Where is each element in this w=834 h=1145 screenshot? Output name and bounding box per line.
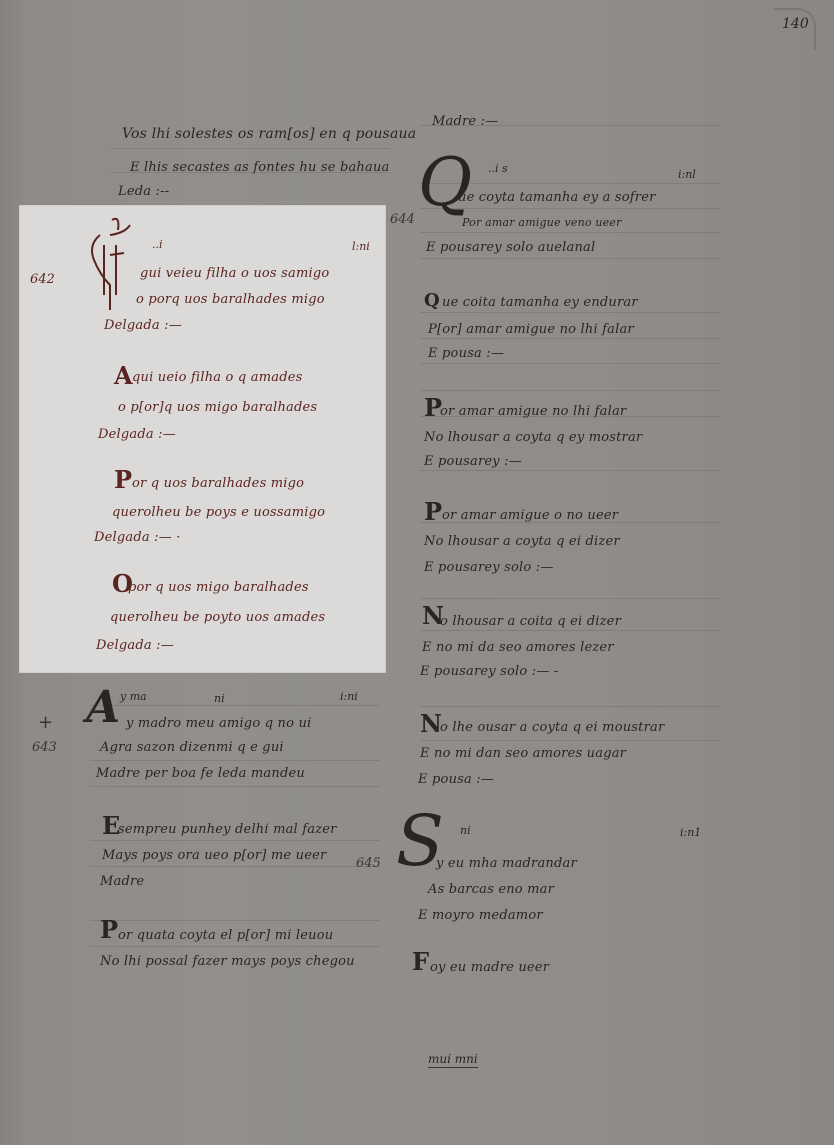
ruling-line xyxy=(420,598,720,599)
refrain-line: Madre :— xyxy=(432,114,498,129)
verse-line: Agra sazon dizenmi q e gui xyxy=(100,740,284,755)
verse-line: querolheu be poyto uos amades xyxy=(110,610,325,625)
ruling-line xyxy=(420,363,720,364)
music-notation: ni xyxy=(214,692,225,705)
refrain-line: Delgada :— xyxy=(96,638,174,653)
verse-line: y madro meu amigo q no ui xyxy=(126,716,311,731)
verse-line: ue coita tamanha ey endurar xyxy=(442,295,638,310)
verse-line: E moyro medamor xyxy=(418,908,543,923)
verse-line: No lhousar a coyta q ey mostrar xyxy=(424,430,642,445)
ruling-line xyxy=(420,706,720,707)
decorated-initial: Q xyxy=(418,150,472,216)
verse-line: E no mi da seo amores lezer xyxy=(422,640,614,655)
verse-line: or q uos baralhades migo xyxy=(132,476,304,491)
ruling-line xyxy=(90,760,380,761)
ruling-line xyxy=(110,148,390,149)
stanza-initial: Q xyxy=(424,292,440,310)
verse-line: Por amar amigue veno ueer xyxy=(462,216,622,229)
ruling-line xyxy=(420,390,720,391)
music-notation: ni xyxy=(460,824,471,837)
manuscript-page: 140 Vos lhi solestes os ram[os] en q pou… xyxy=(0,0,834,1145)
ruling-line xyxy=(90,840,380,841)
stanza-initial: P xyxy=(424,500,442,524)
verse-line: qui ueio filha o q amades xyxy=(132,370,302,385)
verse-line: P[or] amar amigue no lhi falar xyxy=(428,322,634,337)
verse-line: o lhousar a coita q ei dizer xyxy=(440,614,621,629)
refrain-line: E pousarey :— xyxy=(424,454,522,469)
ruling-line xyxy=(420,740,720,741)
verse-line: sempreu punhey delhi mal fazer xyxy=(118,822,337,837)
verse-line: ue coyta tamanha ey a sofrer xyxy=(458,190,656,205)
ruling-line xyxy=(90,920,380,921)
verse-line: o lhe ousar a coyta q ei moustrar xyxy=(440,720,664,735)
stanza-initial: N xyxy=(420,712,442,736)
poem-number: 642 xyxy=(30,272,55,287)
stanza-initial: P xyxy=(100,918,118,942)
ruling-line xyxy=(420,630,720,631)
music-notation-right: i:nl xyxy=(678,168,696,181)
verse-line: querolheu be poys e uossamigo xyxy=(112,505,325,520)
verse-line: o p[or]q uos migo baralhades xyxy=(118,400,317,415)
ruling-line xyxy=(90,786,380,787)
music-notation: ..i s xyxy=(488,162,508,175)
verse-line: Mays poys ora ueo p[or] me ueer xyxy=(102,848,326,863)
ruling-line xyxy=(420,258,720,259)
verse-line: por q uos migo baralhades xyxy=(128,580,309,595)
refrain-line: E pousa :— xyxy=(428,346,504,361)
stanza-initial: F xyxy=(412,950,429,974)
verse-line: No lhousar a coyta q ei dizer xyxy=(424,534,620,549)
refrain-line: E pousa :— xyxy=(418,772,494,787)
verse-line: As barcas eno mar xyxy=(428,882,554,897)
refrain-line: Delgada :— · xyxy=(94,530,181,545)
refrain-line: E pousarey solo :— - xyxy=(420,664,558,679)
music-notation-right: i:n1 xyxy=(680,826,701,839)
ruling-line xyxy=(420,232,720,233)
refrain-line: E pousarey solo :— xyxy=(424,560,554,575)
folio-number: 140 xyxy=(782,16,809,32)
verse-line: or amar amigue o no ueer xyxy=(442,508,618,523)
verse-line: oy eu madre ueer xyxy=(430,960,549,975)
verse-line: E no mi dan seo amores uagar xyxy=(420,746,626,761)
refrain-line: Delgada :— xyxy=(104,318,182,333)
verse-line: y eu mha madrandar xyxy=(436,856,577,871)
poem-number: 643 xyxy=(32,740,57,755)
refrain-line: Madre xyxy=(100,874,144,889)
refrain-line: Leda :-- xyxy=(118,184,169,199)
verse-line: E lhis secastes as fontes hu se bahaua xyxy=(130,160,389,175)
music-notation: y ma xyxy=(120,690,147,703)
poem-number: 645 xyxy=(356,856,381,871)
verse-line: Madre per boa fe leda mandeu xyxy=(96,766,305,781)
ruling-line xyxy=(90,705,380,706)
music-notation-right: l:ni xyxy=(352,240,370,253)
poem-number: 644 xyxy=(390,212,415,227)
ruling-line xyxy=(90,866,380,867)
ruling-line xyxy=(420,338,720,339)
stanza-initial: A xyxy=(114,364,133,388)
decorated-initial-a-icon xyxy=(80,215,140,315)
music-notation-right: i:ni xyxy=(340,690,358,703)
decorated-initial: A xyxy=(86,686,120,730)
ruling-line xyxy=(420,470,720,471)
verse-line: o porq uos baralhades migo xyxy=(136,292,325,307)
verse-line: or quata coyta el p[or] mi leuou xyxy=(118,928,333,943)
catchword: mui mni xyxy=(428,1052,478,1068)
stanza-initial: P xyxy=(114,468,132,492)
refrain-line: E pousarey solo auelanal xyxy=(426,240,595,255)
cross-mark-icon: + xyxy=(38,712,53,733)
verse-line: Vos lhi solestes os ram[os] en q pousaua xyxy=(122,126,416,142)
verse-line: No lhi possal fazer mays poys chegou xyxy=(100,954,355,969)
ruling-line xyxy=(420,312,720,313)
music-notation: ..i xyxy=(152,238,163,251)
verse-line: or amar amigue no lhi falar xyxy=(440,404,626,419)
verse-line: gui veieu filha o uos samigo xyxy=(140,266,329,281)
ruling-line xyxy=(90,946,380,947)
refrain-line: Delgada :— xyxy=(98,427,176,442)
